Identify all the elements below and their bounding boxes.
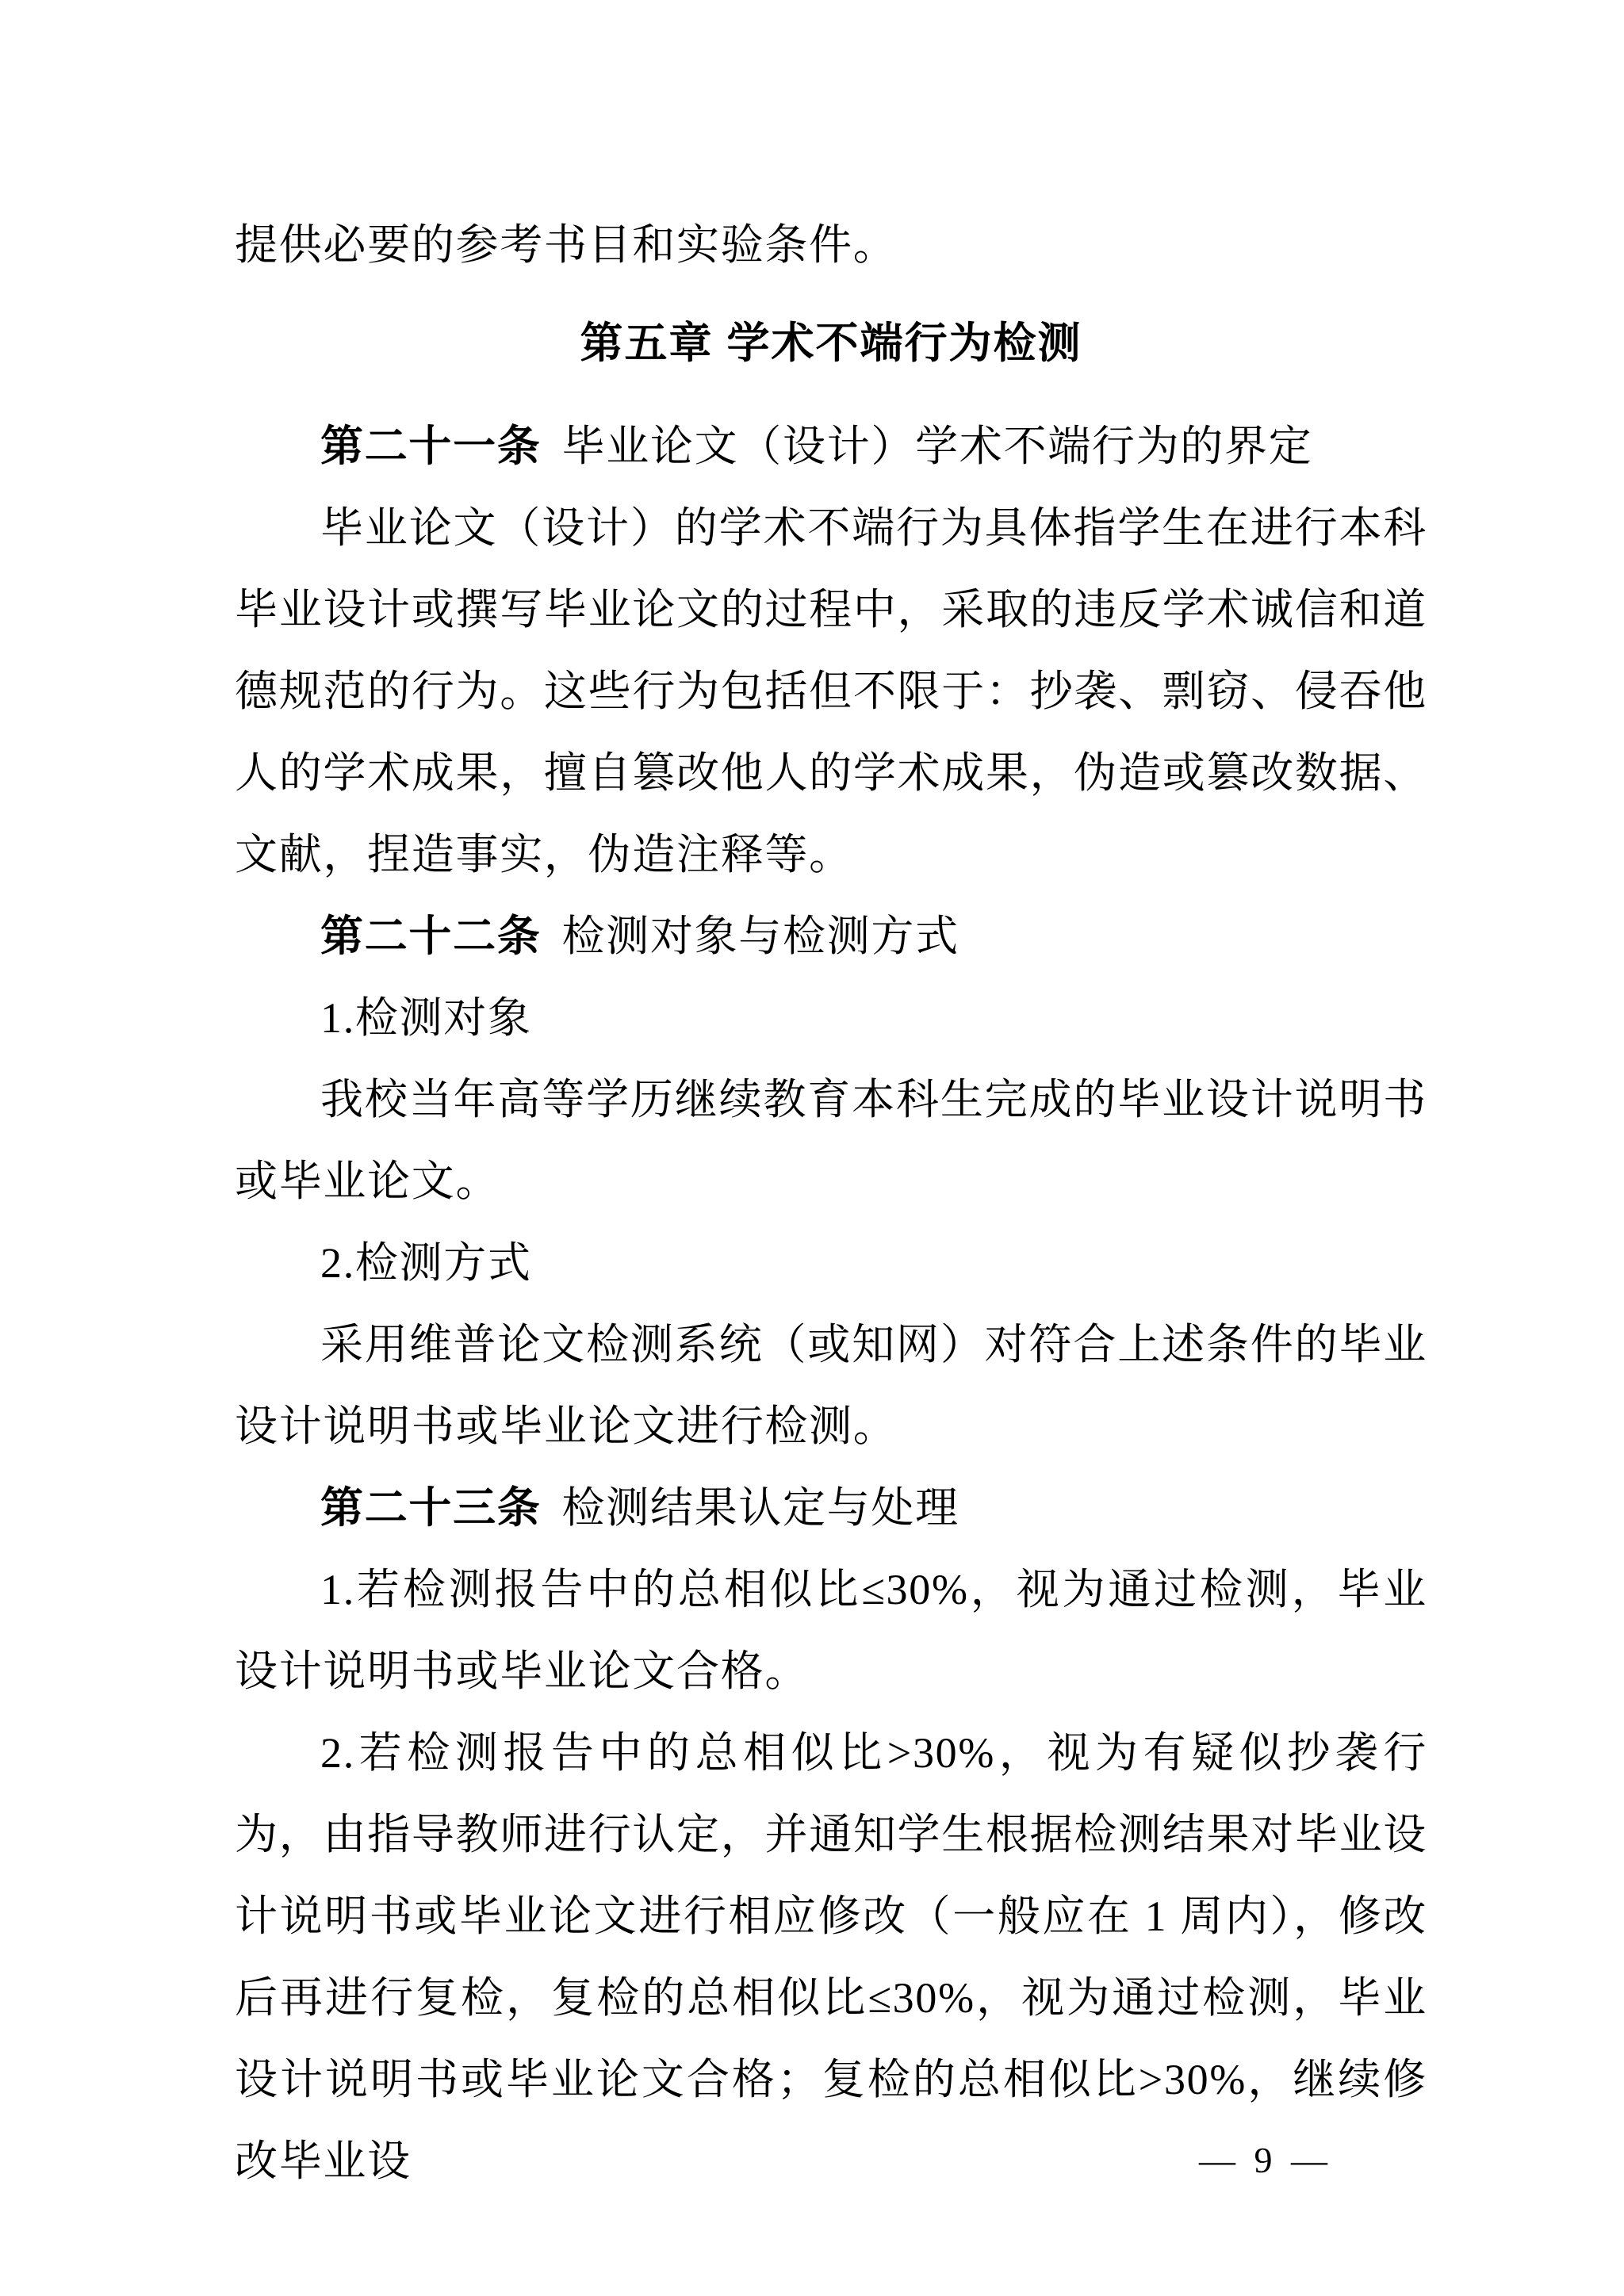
paragraph-continuation: 提供必要的参考书目和实验条件。 [235, 205, 1427, 286]
chapter-heading: 第五章 学术不端行为检测 [235, 303, 1427, 385]
article-title: 检测结果认定与处理 [562, 1484, 959, 1532]
article-paragraph: 第二十一条毕业论文（设计）学术不端行为的界定 [235, 406, 1427, 488]
numbered-item: 2.检测方式 [235, 1223, 1427, 1304]
article-number: 第二十一条 [320, 423, 542, 470]
article-number: 第二十二条 [320, 913, 542, 960]
page-number: — 9 — [1199, 2141, 1332, 2180]
numbered-item: 2.若检测报告中的总相似比>30%，视为有疑似抄袭行为，由指导教师进行认定，并通… [235, 1712, 1427, 2202]
article-paragraph: 第二十三条检测结果认定与处理 [235, 1468, 1427, 1549]
numbered-item: 1.若检测报告中的总相似比≤30%，视为通过检测，毕业设计说明书或毕业论文合格。 [235, 1549, 1427, 1712]
paragraph: 采用维普论文检测系统（或知网）对符合上述条件的毕业设计说明书或毕业论文进行检测。 [235, 1304, 1427, 1468]
article-number: 第二十三条 [320, 1484, 542, 1532]
paragraph: 毕业论文（设计）的学术不端行为具体指学生在进行本科毕业设计或撰写毕业论文的过程中… [235, 488, 1427, 896]
article-title: 毕业论文（设计）学术不端行为的界定 [562, 423, 1313, 470]
numbered-item: 1.检测对象 [235, 978, 1427, 1059]
paragraph: 我校当年高等学历继续教育本科生完成的毕业设计说明书或毕业论文。 [235, 1059, 1427, 1223]
document-body: 提供必要的参考书目和实验条件。 第五章 学术不端行为检测 第二十一条毕业论文（设… [235, 205, 1427, 2202]
document-page: 提供必要的参考书目和实验条件。 第五章 学术不端行为检测 第二十一条毕业论文（设… [0, 0, 1624, 2296]
article-title: 检测对象与检测方式 [562, 913, 959, 960]
article-paragraph: 第二十二条检测对象与检测方式 [235, 896, 1427, 978]
